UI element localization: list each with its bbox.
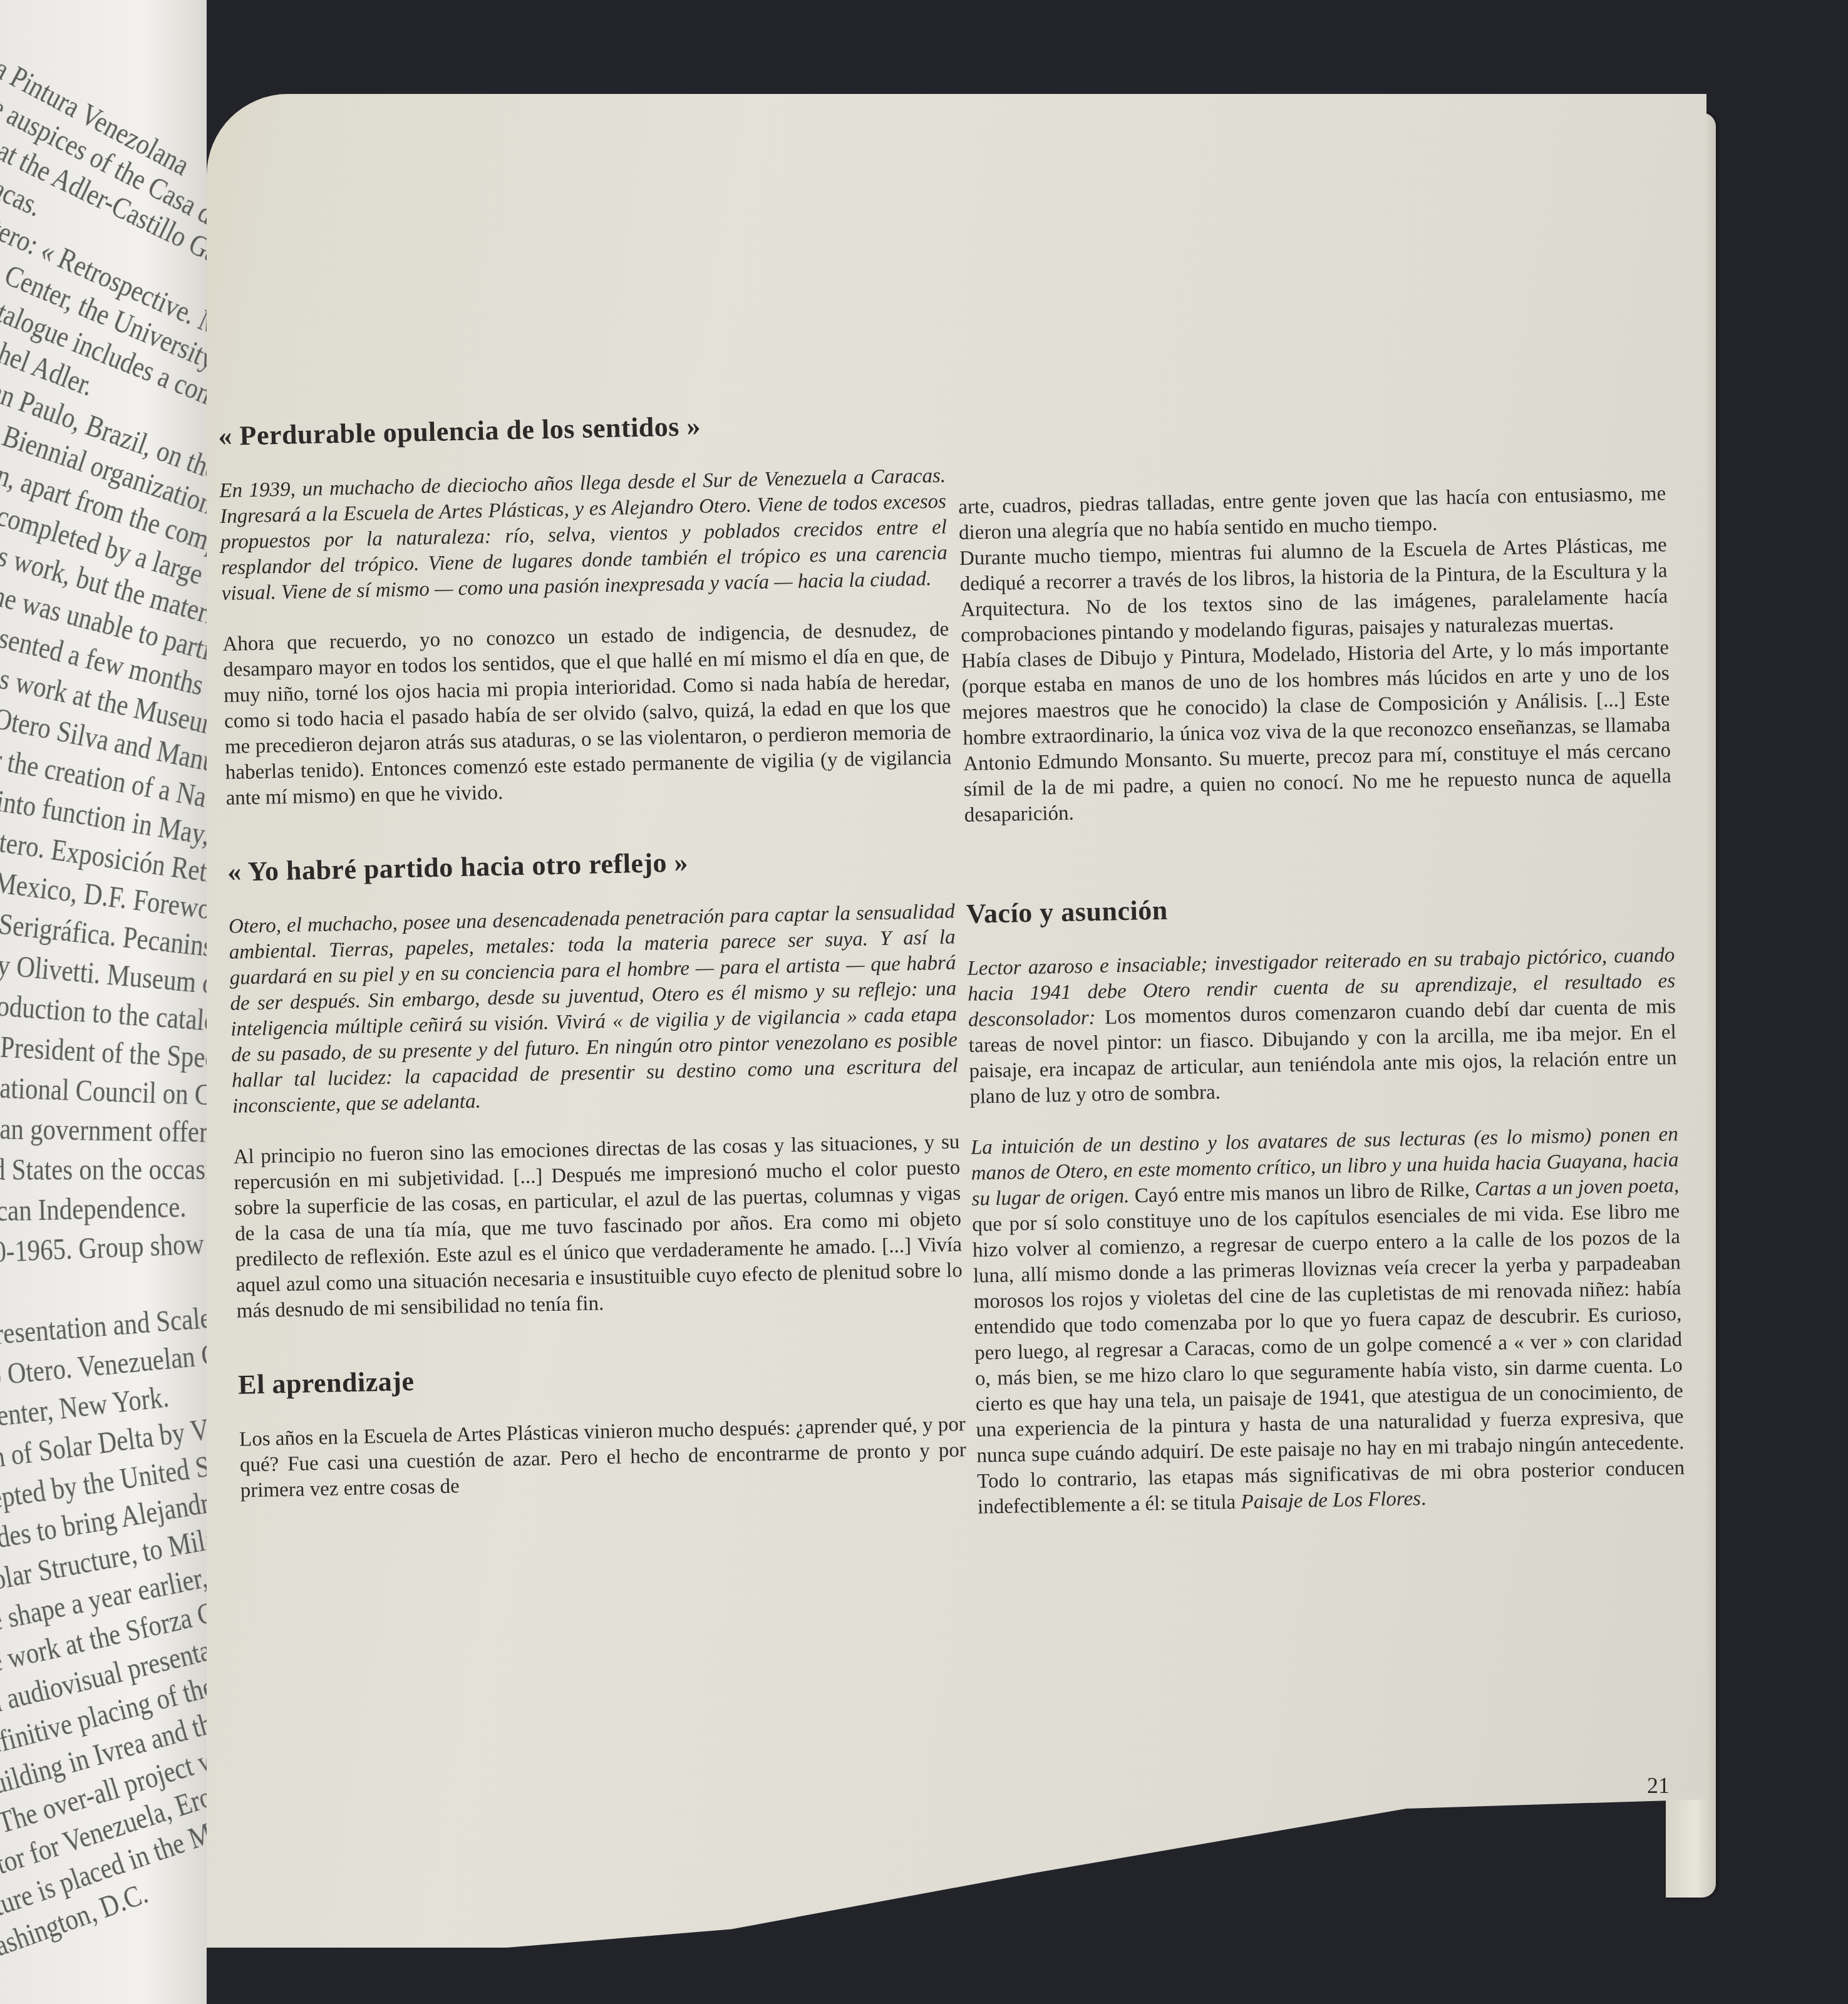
book-page: « Perdurable opulencia de los sentidos »… <box>207 94 1706 1948</box>
text-column-right: arte, cuadros, piedras talladas, entre g… <box>958 481 1685 1520</box>
quote-rilke-b: , que por sí solo constituye uno de los … <box>972 1174 1685 1519</box>
section-heading-reflejo: « Yo habré partido hacia otro reflejo » <box>227 840 954 889</box>
intro-paragraph-muchacho: Otero, el muchacho, posee una desencaden… <box>229 899 959 1120</box>
facing-page-text-line: ed States on the occasion of the Bic <box>0 1152 207 1187</box>
paragraph-lector: Lector azaroso e insaciable; investigado… <box>967 943 1678 1110</box>
period: . <box>1421 1487 1427 1510</box>
section-heading-aprendizaje: El aprendizaje <box>238 1353 965 1402</box>
quote-paragraph-escuela: Los años en la Escuela de Artes Plástica… <box>239 1412 967 1504</box>
quote-rilke-a: Cayó entre mis manos un libro de Rilke, <box>1129 1178 1475 1207</box>
paragraph-intuicion: La intuición de un destino y los avatare… <box>971 1122 1686 1521</box>
facing-page-text-line: National Council on Culture, Car <box>0 1070 207 1116</box>
continuation-paragraph-3: Había clases de Dibujo y Pintura, Modela… <box>961 635 1672 829</box>
painting-title-paisaje: Paisaje de Los Flores <box>1241 1487 1421 1514</box>
facing-page-text-line: elan government offers his sculpture <box>0 1112 207 1152</box>
intro-paragraph-1939: En 1939, un muchacho de dieciocho años l… <box>219 463 948 607</box>
facing-page-curled: e la Pintura Venezolanathe auspices of t… <box>0 0 207 2004</box>
text-column-left: « Perdurable opulencia de los sentidos »… <box>218 405 967 1504</box>
section-heading-vacio: Vacío y asunción <box>966 884 1674 931</box>
section-heading-perdurable: « Perdurable opulencia de los sentidos » <box>218 405 945 453</box>
quote-paragraph-azul: Al principio no fueron sino las emocione… <box>233 1129 963 1324</box>
facing-page-text-line: rican Independence. <box>0 1190 187 1229</box>
facing-page-text-line: 50-1965. Group show at the Adler-Ca <box>0 1221 207 1270</box>
book-title-cartas: Cartas a un joven poeta <box>1475 1174 1675 1201</box>
page-number: 21 <box>1647 1772 1670 1799</box>
continuation-paragraph-2: Durante mucho tiempo, mientras fui alumn… <box>959 532 1669 649</box>
quote-paragraph-indigencia: Ahora que recuerdo, yo no conozco un est… <box>222 617 952 812</box>
